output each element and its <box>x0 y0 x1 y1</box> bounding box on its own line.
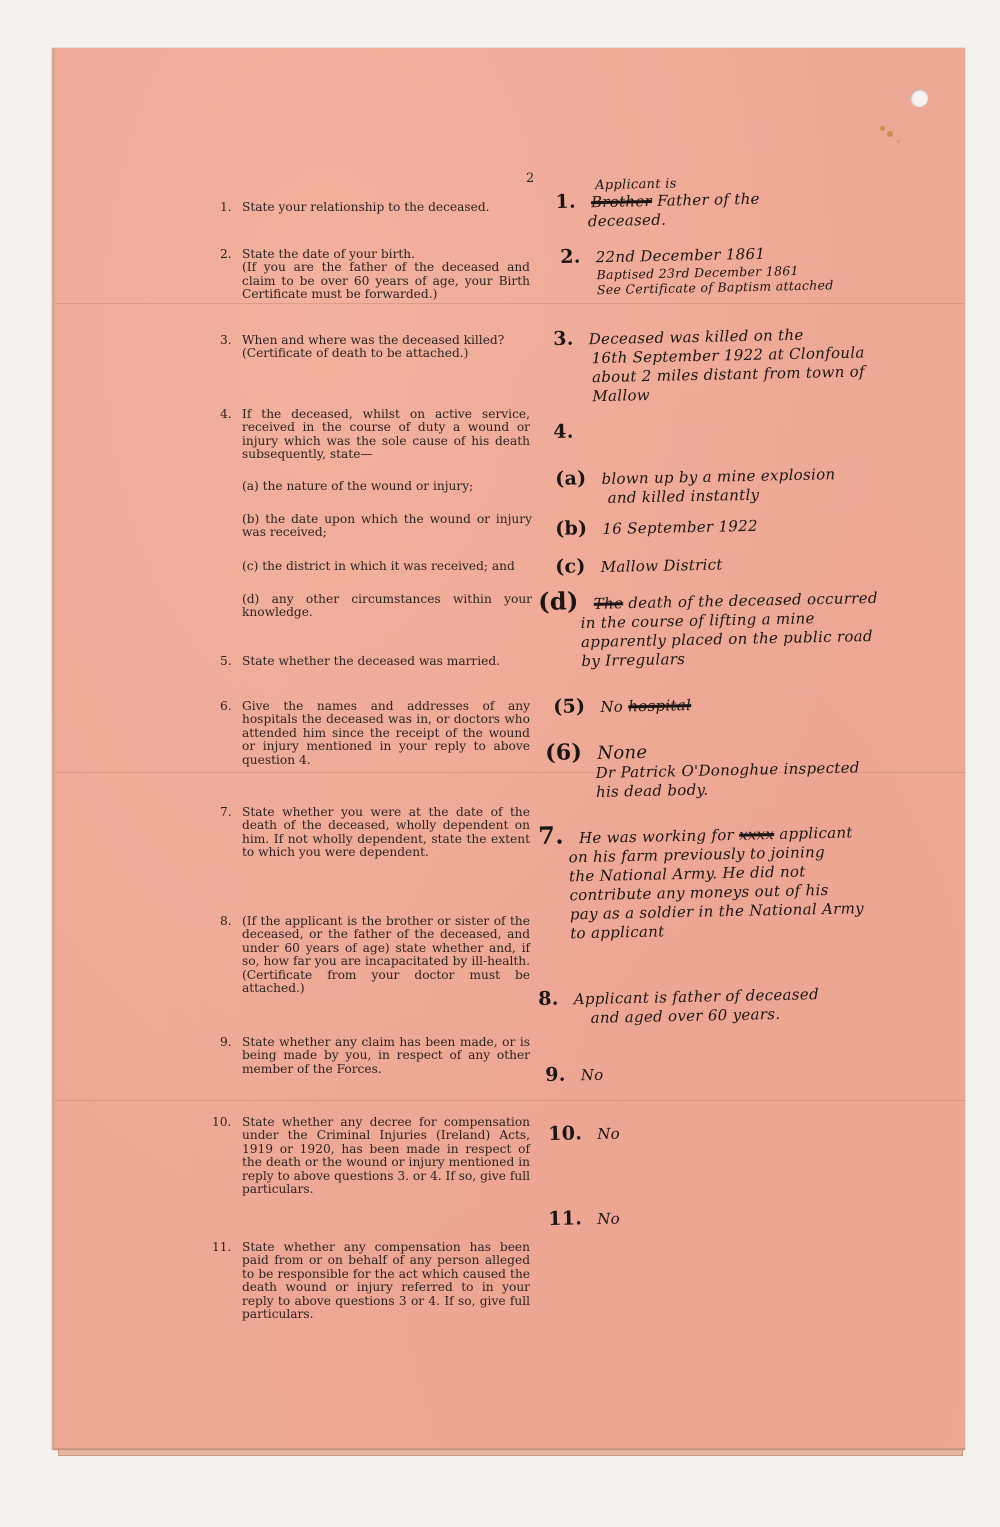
answer-8: 8. Applicant is father of deceased and a… <box>538 984 820 1029</box>
punch-hole <box>910 89 928 107</box>
answer-4c: (c) Mallow District <box>555 554 723 578</box>
question-4c: (c) the district in which it was receive… <box>242 560 532 573</box>
answer-1: Applicant is 1. Brother Father of the de… <box>555 176 760 232</box>
question-4b: (b) the date upon which the wound or inj… <box>242 513 532 540</box>
question-10: 10. State whether any decree for compens… <box>220 1116 530 1196</box>
question-5: 5. State whether the deceased was marrie… <box>220 655 530 668</box>
question-3: 3. When and where was the deceased kille… <box>220 334 530 361</box>
answer-4d: (d) The death of the deceased occurred i… <box>538 585 879 672</box>
answer-3: 3. Deceased was killed on the 16th Septe… <box>553 323 866 406</box>
question-9: 9. State whether any claim has been made… <box>220 1036 530 1076</box>
answer-10: 10. No <box>548 1123 620 1144</box>
stain-mark <box>887 131 893 137</box>
answer-9: 9. No <box>545 1065 604 1086</box>
answer-4: 4. <box>553 422 584 443</box>
answer-4b: (b) 16 September 1922 <box>555 516 758 540</box>
answer-6: (6) None Dr Patrick O'Donoghue inspected… <box>545 737 860 803</box>
fold-line <box>55 1100 965 1101</box>
question-1: 1. State your relationship to the deceas… <box>220 201 530 214</box>
answer-4a: (a) blown up by a mine explosion and kil… <box>555 464 836 509</box>
answer-2: 2. 22nd December 1861 Baptised 23rd Dece… <box>560 242 834 298</box>
question-4a: (a) the nature of the wound or injury; <box>242 480 532 493</box>
question-11: 11. State whether any compensation has b… <box>220 1241 530 1321</box>
question-8: 8. (If the applicant is the brother or s… <box>220 915 530 995</box>
page-number: 2 <box>526 171 534 186</box>
question-4: 4. If the deceased, whilst on active ser… <box>220 408 530 462</box>
stain-mark <box>897 140 900 143</box>
answer-5: (5) No hospital <box>553 695 691 718</box>
question-4d: (d) any other circumstances within your … <box>242 593 532 620</box>
answer-11: 11. No <box>548 1208 620 1229</box>
answer-7: 7. He was working for xxxx applicant on … <box>538 819 865 944</box>
question-6: 6. Give the names and addresses of any h… <box>220 700 530 767</box>
question-2: 2. State the date of your birth. (If you… <box>220 248 530 302</box>
question-7: 7. State whether you were at the date of… <box>220 806 530 860</box>
stain-mark <box>880 126 885 131</box>
fold-line <box>55 303 965 304</box>
